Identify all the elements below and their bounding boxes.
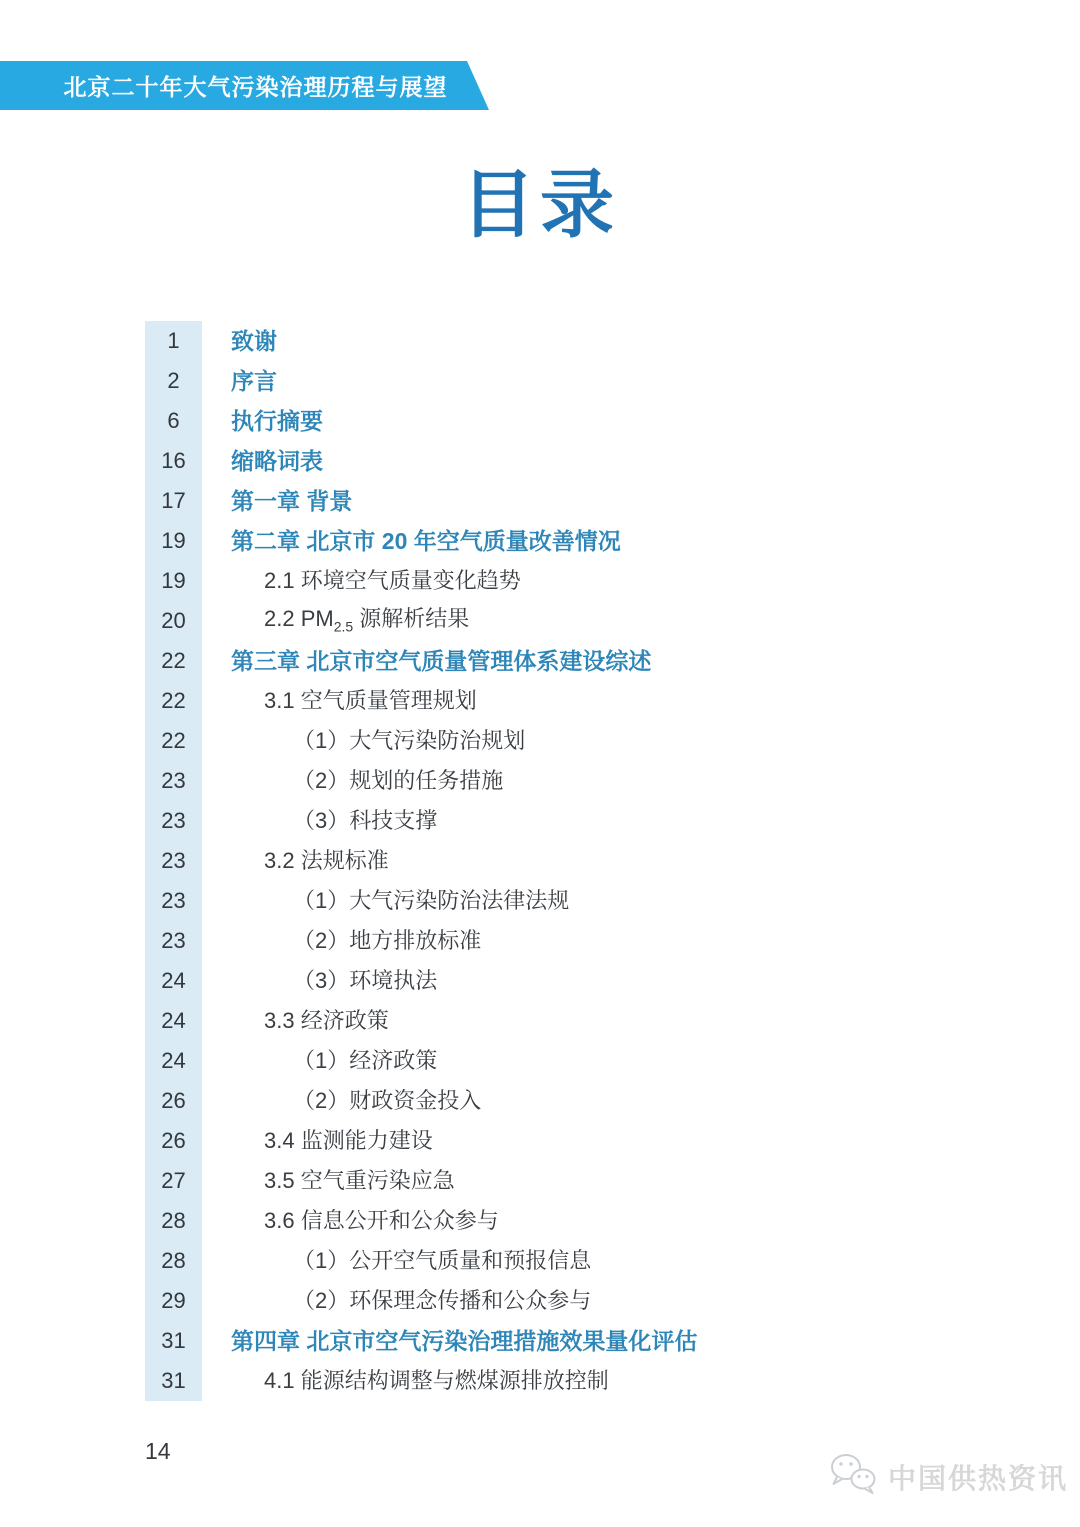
document-page: 北京二十年大气污染治理历程与展望 目录 1致谢2序言6执行摘要16缩略词表17第… [0, 0, 1080, 1527]
footer-page-number: 14 [145, 1438, 171, 1465]
toc-row: 17第一章 背景 [145, 481, 905, 521]
toc-entry-label: 3.4 监测能力建设 [264, 1130, 433, 1152]
wechat-icon [826, 1452, 880, 1501]
toc-page-number: 24 [145, 968, 202, 994]
toc-page-number: 28 [145, 1208, 202, 1234]
toc-page-number: 2 [145, 368, 202, 394]
toc-row: 263.4 监测能力建设 [145, 1121, 905, 1161]
toc-entry-label: 执行摘要 [231, 410, 323, 433]
toc-page-number: 19 [145, 568, 202, 594]
toc-row: 26（2）财政资金投入 [145, 1081, 905, 1121]
toc-entry-label: （2）环保理念传播和公众参与 [293, 1290, 591, 1312]
toc-row: 283.6 信息公开和公众参与 [145, 1201, 905, 1241]
toc-entry-label: （3）科技支撑 [293, 810, 437, 832]
toc-page-number: 19 [145, 528, 202, 554]
header-ribbon: 北京二十年大气污染治理历程与展望 [0, 61, 489, 110]
toc-row: 6执行摘要 [145, 401, 905, 441]
toc-page-number: 24 [145, 1008, 202, 1034]
toc-row: 31第四章 北京市空气污染治理措施效果量化评估 [145, 1321, 905, 1361]
toc-row: 314.1 能源结构调整与燃煤源排放控制 [145, 1361, 905, 1401]
toc-entry-label: （1）大气污染防治法律法规 [293, 890, 569, 912]
toc-page-number: 23 [145, 808, 202, 834]
toc-row: 23（2）规划的任务措施 [145, 761, 905, 801]
table-of-contents: 1致谢2序言6执行摘要16缩略词表17第一章 背景19第二章 北京市 20 年空… [145, 321, 905, 1401]
toc-page-number: 22 [145, 728, 202, 754]
toc-entry-label: 3.2 法规标准 [264, 850, 389, 872]
toc-page-number: 16 [145, 448, 202, 474]
toc-row: 192.1 环境空气质量变化趋势 [145, 561, 905, 601]
toc-row: 23（3）科技支撑 [145, 801, 905, 841]
toc-row: 22第三章 北京市空气质量管理体系建设综述 [145, 641, 905, 681]
toc-entry-label: （1）公开空气质量和预报信息 [293, 1250, 591, 1272]
toc-page-number: 23 [145, 888, 202, 914]
toc-row: 16缩略词表 [145, 441, 905, 481]
toc-row: 202.2 PM2.5 源解析结果 [145, 601, 905, 641]
page-title: 目录 [0, 168, 1080, 242]
toc-list: 1致谢2序言6执行摘要16缩略词表17第一章 背景19第二章 北京市 20 年空… [145, 321, 905, 1401]
toc-entry-label: 第二章 北京市 20 年空气质量改善情况 [231, 530, 621, 553]
toc-page-number: 6 [145, 408, 202, 434]
toc-entry-label: （1）大气污染防治规划 [293, 730, 525, 752]
toc-entry-label: （2）地方排放标准 [293, 930, 481, 952]
toc-page-number: 24 [145, 1048, 202, 1074]
toc-row: 24（1）经济政策 [145, 1041, 905, 1081]
toc-row: 28（1）公开空气质量和预报信息 [145, 1241, 905, 1281]
toc-entry-label: 第一章 背景 [231, 490, 352, 513]
toc-entry-label: 3.1 空气质量管理规划 [264, 690, 477, 712]
toc-page-number: 23 [145, 928, 202, 954]
toc-entry-label: 2.1 环境空气质量变化趋势 [264, 570, 521, 592]
toc-row: 24（3）环境执法 [145, 961, 905, 1001]
toc-page-number: 23 [145, 768, 202, 794]
toc-page-number: 27 [145, 1168, 202, 1194]
toc-row: 273.5 空气重污染应急 [145, 1161, 905, 1201]
toc-entry-label: 3.6 信息公开和公众参与 [264, 1210, 499, 1232]
toc-row: 22（1）大气污染防治规划 [145, 721, 905, 761]
watermark: 中国供热资讯 [826, 1452, 1068, 1501]
toc-entry-label: 缩略词表 [231, 450, 323, 473]
toc-entry-label: 序言 [231, 370, 277, 393]
toc-page-number: 22 [145, 648, 202, 674]
toc-entry-label: 第三章 北京市空气质量管理体系建设综述 [231, 650, 651, 673]
toc-row: 1致谢 [145, 321, 905, 361]
toc-row: 243.3 经济政策 [145, 1001, 905, 1041]
toc-page-number: 22 [145, 688, 202, 714]
toc-entry-label: 第四章 北京市空气污染治理措施效果量化评估 [231, 1330, 697, 1353]
toc-page-number: 17 [145, 488, 202, 514]
toc-entry-label: 4.1 能源结构调整与燃煤源排放控制 [264, 1370, 609, 1392]
toc-entry-label: （1）经济政策 [293, 1050, 437, 1072]
toc-page-number: 28 [145, 1248, 202, 1274]
toc-entry-label: 3.5 空气重污染应急 [264, 1170, 455, 1192]
toc-row: 29（2）环保理念传播和公众参与 [145, 1281, 905, 1321]
toc-row: 23（2）地方排放标准 [145, 921, 905, 961]
toc-page-number: 23 [145, 848, 202, 874]
toc-entry-label: 2.2 PM2.5 源解析结果 [264, 608, 469, 633]
toc-row: 2序言 [145, 361, 905, 401]
toc-page-number: 31 [145, 1328, 202, 1354]
toc-entry-label: （2）财政资金投入 [293, 1090, 481, 1112]
toc-row: 223.1 空气质量管理规划 [145, 681, 905, 721]
toc-row: 23（1）大气污染防治法律法规 [145, 881, 905, 921]
toc-page-number: 20 [145, 608, 202, 634]
watermark-label: 中国供热资讯 [888, 1457, 1068, 1497]
toc-entry-label: （3）环境执法 [293, 970, 437, 992]
toc-entry-label: 3.3 经济政策 [264, 1010, 389, 1032]
toc-entry-label: （2）规划的任务措施 [293, 770, 503, 792]
toc-entry-label: 致谢 [231, 330, 277, 353]
toc-page-number: 31 [145, 1368, 202, 1394]
header-ribbon-title: 北京二十年大气污染治理历程与展望 [64, 69, 448, 102]
toc-page-number: 1 [145, 328, 202, 354]
toc-page-number: 29 [145, 1288, 202, 1314]
toc-page-number: 26 [145, 1088, 202, 1114]
toc-row: 233.2 法规标准 [145, 841, 905, 881]
toc-page-number: 26 [145, 1128, 202, 1154]
toc-row: 19第二章 北京市 20 年空气质量改善情况 [145, 521, 905, 561]
